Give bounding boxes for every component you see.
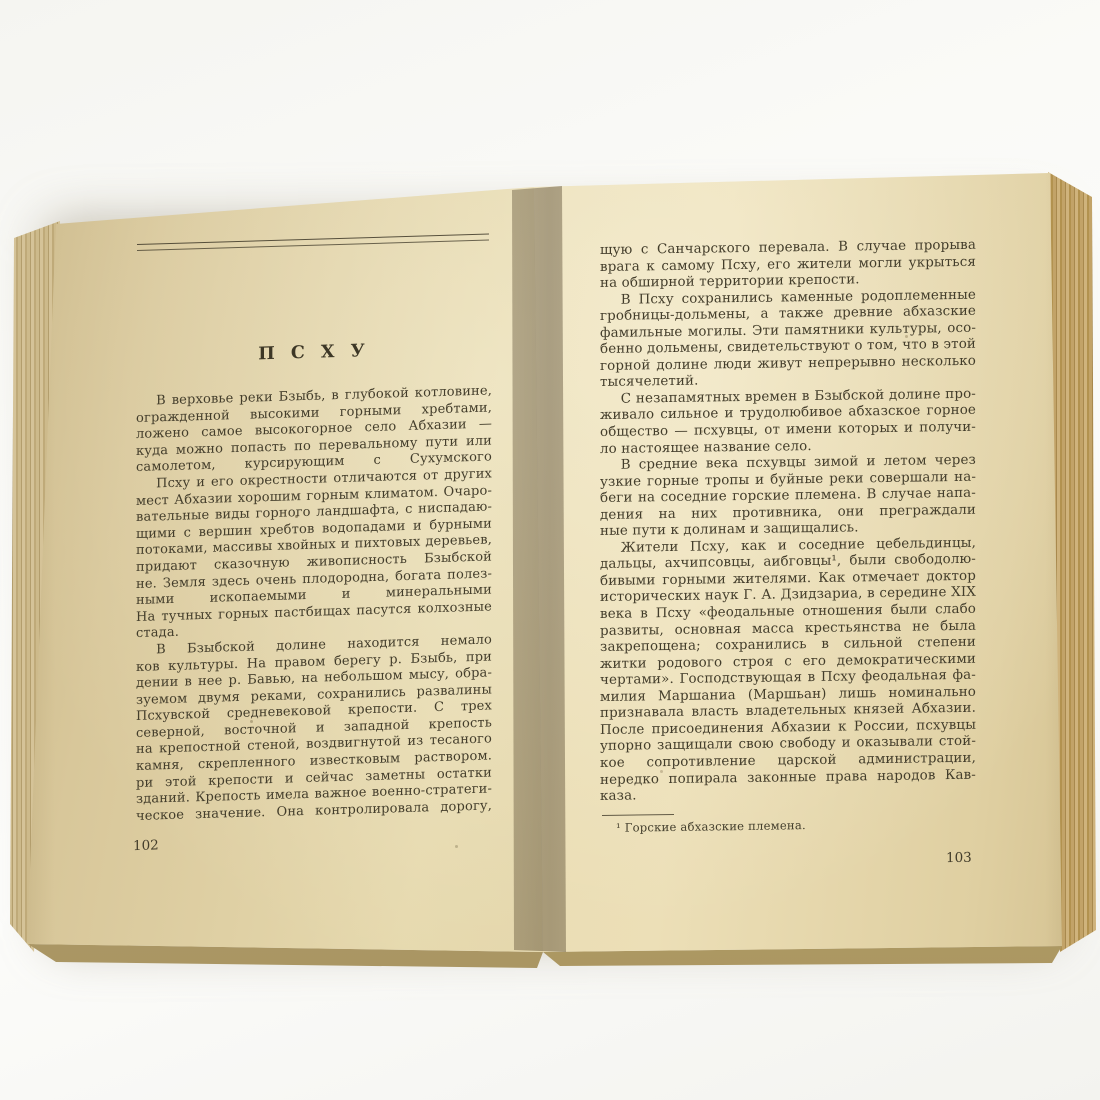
paragraph: В Бзыбской долине находится немало памят…	[136, 632, 492, 825]
chapter-title: П С Х У	[136, 337, 492, 368]
footnote: ¹ Горские абхазские племена.	[600, 815, 976, 834]
page-number-right: 103	[946, 850, 972, 866]
page-number-left: 102	[133, 837, 159, 854]
paragraph: С незапамятных времен в Бзыбской долине …	[600, 387, 976, 458]
footnote-rule	[602, 814, 674, 816]
paragraph: Жители Псху, как и соседние цебельдинцы,…	[600, 536, 976, 806]
book-photo: П С Х У В верховье реки Бзыбь, в глубоко…	[0, 0, 1100, 1100]
left-page-paragraphs: В верховье реки Бзыбь, в глубокой котлов…	[136, 383, 492, 825]
right-page-paragraphs: щую с Санчарского перевала. В случае про…	[600, 238, 976, 806]
right-page-text: щую с Санчарского перевала. В случае про…	[600, 238, 976, 903]
paragraph: В средние века псхувцы зимой и летом чер…	[600, 453, 976, 541]
paragraph: В верховье реки Бзыбь, в глубокой котлов…	[136, 383, 492, 477]
left-page-text: П С Х У В верховье реки Бзыбь, в глубоко…	[136, 233, 492, 884]
paragraph: щую с Санчарского перевала. В случае про…	[600, 238, 976, 293]
paragraph: Псху и его окрестности отличаются от дру…	[136, 466, 492, 643]
paragraph: В Псху сохранились каменные родоплеменны…	[600, 287, 976, 392]
